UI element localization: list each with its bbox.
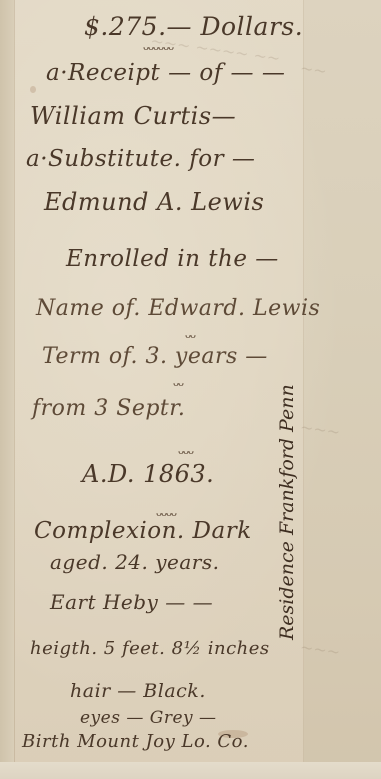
paper-left-edge	[0, 0, 14, 779]
height-line: heigth. 5 feet. 8½ inches	[30, 640, 270, 658]
term-line: Term of. 3. years —	[42, 346, 268, 368]
underline-flourish: ᴗᴗ	[185, 330, 195, 341]
features-line: Eart Heby — —	[50, 592, 213, 612]
hair-line: hair — Black.	[70, 682, 206, 701]
paper-bottom-edge	[0, 762, 381, 779]
paper-spot	[30, 86, 36, 93]
age-line: aged. 24. years.	[50, 552, 219, 572]
principal-name-line: Edmund A. Lewis	[44, 190, 264, 214]
year-line: A.D. 1863.	[82, 462, 214, 486]
substitute-line: a·Substitute. for —	[26, 148, 255, 171]
underline-flourish: ᴗᴗ	[173, 378, 183, 389]
from-date-line: from 3 Septr.	[32, 398, 185, 420]
complexion-line: Complexion. Dark	[34, 520, 252, 543]
underline-flourish: ᴗᴗᴗᴗᴗᴗ	[143, 42, 173, 53]
enrolled-line: Enrolled in the —	[66, 248, 279, 271]
receipt-line: a·Receipt — of — —	[46, 62, 285, 85]
eyes-line: eyes — Grey —	[80, 710, 217, 727]
underline-flourish: ᴗᴗᴗ	[178, 446, 193, 457]
substitute-name-line: William Curtis—	[30, 104, 236, 128]
bleed-through-text: ~~	[299, 58, 328, 81]
birthplace-line: Birth Mount Joy Lo. Co.	[22, 733, 249, 751]
residence-margin-note: Residence Frankford Penn	[276, 384, 298, 640]
name-of-line: Name of. Edward. Lewis	[36, 298, 320, 320]
amount-line: $.275.— Dollars.	[84, 14, 303, 39]
